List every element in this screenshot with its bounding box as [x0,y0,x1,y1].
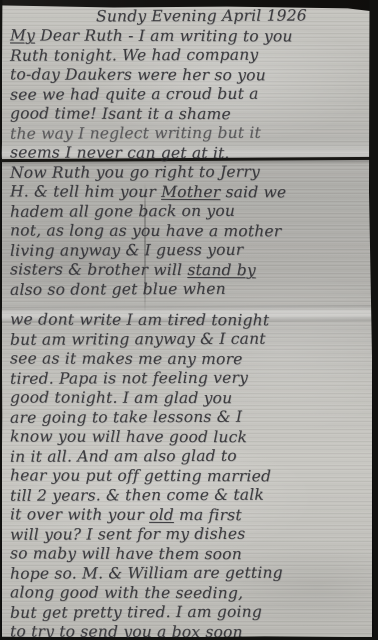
letter-line: the way I neglect writing but it [10,123,366,144]
letter-date-line: Sundy Evening April 1926 [10,6,366,27]
letter-line: good tonight. I am glad you [10,388,366,409]
letter-line: to-day Daukers were her so you [10,65,366,86]
letter-line: hadem all gone back on you [10,201,366,222]
letter-line: so maby will have them soon [10,544,366,565]
letter-line: good time! Isant it a shame [10,104,366,125]
letter-line: but am writing anyway & I cant [10,329,366,350]
letter-line: but get pretty tired. I am going [10,602,366,623]
letter-line: living anyway & I guess your [10,240,366,261]
letter-line: sisters & brother will stand by [10,260,366,281]
letter-line: hear you put off getting married [10,466,366,487]
letter-body-text: Sundy Evening April 1926My Dear Ruth - I… [10,7,366,640]
letter-line: we dont write I am tired tonight [10,310,366,331]
letter-line: see we had quite a croud but a [10,84,366,105]
letter-line: will you? I sent for my dishes [10,524,366,545]
letter-line: are going to take lessons & I [10,407,366,428]
letter-line: Now Ruth you go right to Jerry [10,162,366,183]
letter-line: also so dont get blue when [10,279,366,300]
letter-line: till 2 years. & then come & talk [10,485,366,506]
letter-line: seems I never can get at it. [10,143,366,164]
letter-line: in it all. And am also glad to [10,446,366,467]
letter-line: Ruth tonight. We had company [10,45,366,66]
letter-line: see as it makes me any more [10,349,366,370]
letter-line: it over with your old ma first [10,505,366,526]
letter-line: My Dear Ruth - I am writing to you [10,26,366,47]
scanned-letter-image: Sundy Evening April 1926My Dear Ruth - I… [0,0,378,640]
letter-line: know you will have good luck [10,427,366,448]
letter-line: H. & tell him your Mother said we [10,182,366,203]
letter-line: tired. Papa is not feeling very [10,368,366,389]
letter-line: not, as long as you have a mother [10,221,366,242]
letter-line: along good with the seeding, [10,583,366,604]
letter-line: hope so. M. & William are getting [10,563,366,584]
